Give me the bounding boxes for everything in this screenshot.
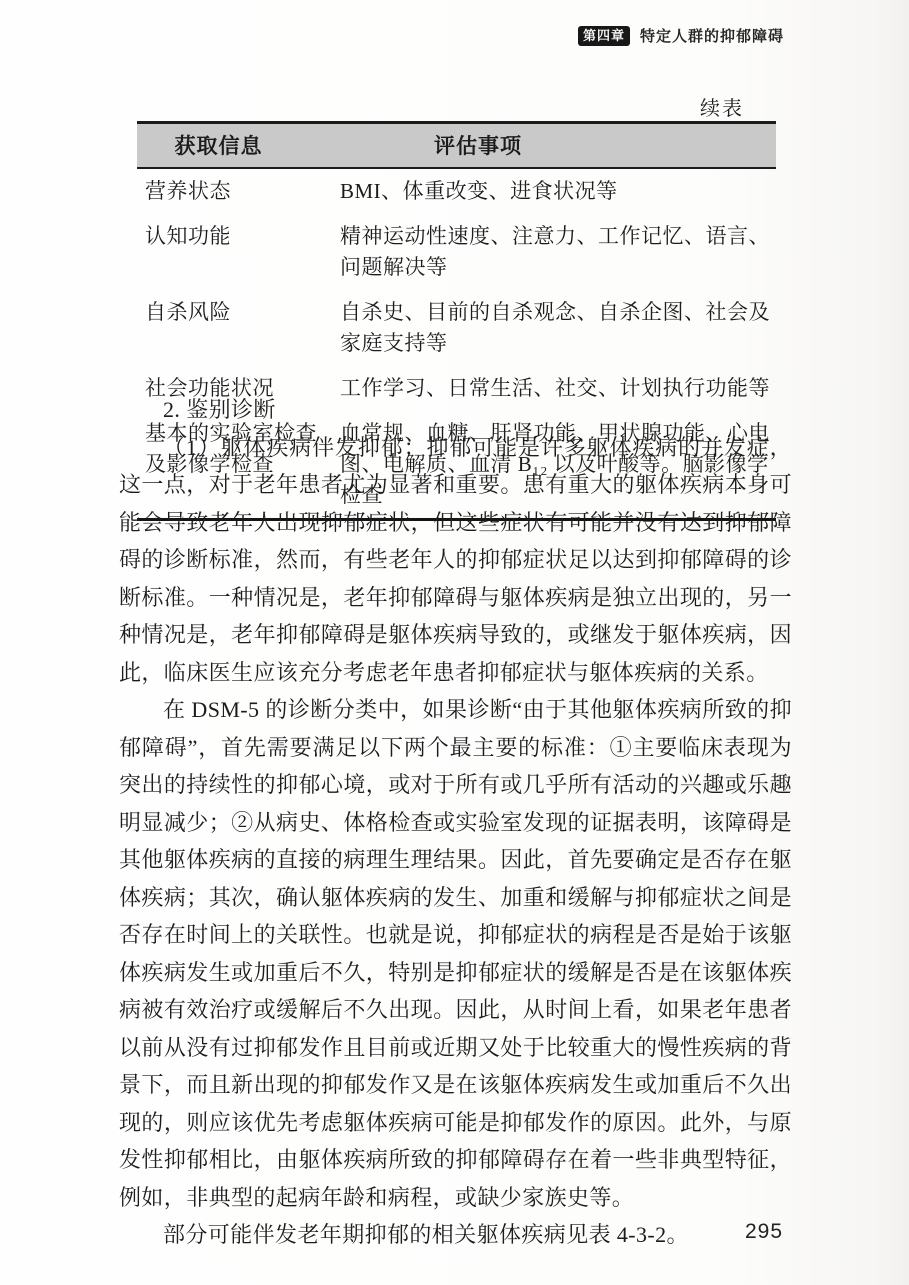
table-cell-item: BMI、体重改变、进食状况等 — [340, 168, 776, 214]
table-cell-info: 认知功能 — [137, 214, 340, 290]
table-header-item: 评估事项 — [340, 123, 776, 169]
book-page: 第四章 特定人群的抑郁障碍 续表 获取信息 评估事项 营养状态 BMI、体重改变… — [0, 0, 909, 1285]
page-number: 295 — [745, 1220, 783, 1244]
table-cell-item: 自杀史、目前的自杀观念、自杀企图、社会及家庭支持等 — [340, 290, 776, 366]
continued-table-label: 续表 — [700, 92, 744, 121]
running-header: 第四章 特定人群的抑郁障碍 — [578, 25, 784, 46]
table-cell-info: 自杀风险 — [137, 290, 340, 366]
paragraph: 部分可能伴发老年期抑郁的相关躯体疾病见表 4-3-2。 — [119, 1216, 792, 1254]
section-heading: 2. 鉴别诊断 — [119, 391, 792, 429]
body-text: 2. 鉴别诊断 （1）躯体疾病伴发抑郁：抑郁可能是许多躯体疾病的并发症，这一点，… — [119, 391, 792, 1254]
table-row: 自杀风险 自杀史、目前的自杀观念、自杀企图、社会及家庭支持等 — [137, 290, 776, 366]
table-header-row: 获取信息 评估事项 — [137, 123, 776, 169]
table-cell-info: 营养状态 — [137, 168, 340, 214]
paragraph: 在 DSM-5 的诊断分类中，如果诊断“由于其他躯体疾病所致的抑郁障碍”，首先需… — [119, 691, 792, 1216]
table-header-info: 获取信息 — [137, 123, 340, 169]
table-cell-item: 精神运动性速度、注意力、工作记忆、语言、问题解决等 — [340, 214, 776, 290]
table-row: 认知功能 精神运动性速度、注意力、工作记忆、语言、问题解决等 — [137, 214, 776, 290]
chapter-title: 特定人群的抑郁障碍 — [640, 25, 784, 46]
chapter-badge: 第四章 — [578, 26, 630, 46]
paragraph: （1）躯体疾病伴发抑郁：抑郁可能是许多躯体疾病的并发症，这一点，对于老年患者尤为… — [119, 429, 792, 692]
table-row: 营养状态 BMI、体重改变、进食状况等 — [137, 168, 776, 214]
